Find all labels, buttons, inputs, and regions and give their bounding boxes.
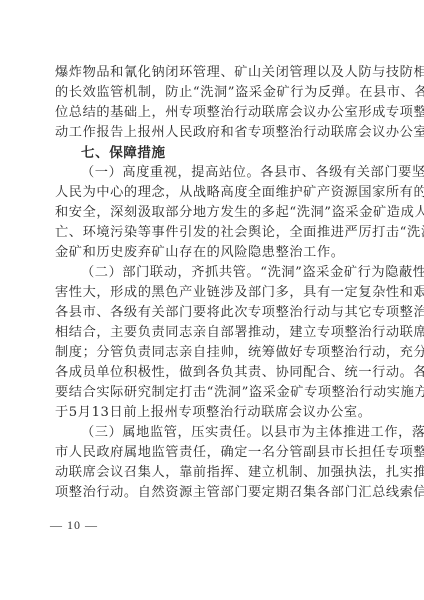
text-line: 各成员单位积极性，做到各负其责、协同配合、统一行动。各县市 bbox=[55, 363, 351, 383]
text-line: 动工作报告上报州人民政府和省专项整治行动联席会议办公室。 bbox=[55, 123, 351, 143]
text-line: 爆炸物品和氰化钠闭环管理、矿山关闭管理以及人防与技防相结合 bbox=[55, 63, 351, 83]
section-heading: 七、保障措施 bbox=[55, 143, 351, 163]
text-line: 人民为中心的理念，从战略高度全面维护矿产资源国家所有的权益 bbox=[55, 183, 351, 203]
subsection-line: （二）部门联动，齐抓共管。“洗洞”盗采金矿行为隐蔽性强、危 bbox=[55, 263, 351, 283]
subsection-line: （三）属地监管，压实责任。以县市为主体推进工作，落实县 bbox=[55, 423, 351, 443]
text-line: 市人民政府属地监管责任，确定一名分管副县市长担任专项整治行 bbox=[55, 443, 351, 463]
text-line: 害性大，形成的黑色产业链涉及部门多，具有一定复杂性和艰巨性。 bbox=[55, 283, 351, 303]
text-line: 项整治行动。自然资源主管部门要定期召集各部门汇总线索信息， bbox=[55, 483, 351, 503]
text-line: 金矿和历史废弃矿山存在的风险隐患整治工作。 bbox=[55, 243, 351, 263]
document-page: 爆炸物品和氰化钠闭环管理、矿山关闭管理以及人防与技防相结合 的长效监管机制，防止… bbox=[0, 0, 424, 600]
text-line: 的长效监管机制，防止“洗洞”盗采金矿行为反弹。在县市、各成员单 bbox=[55, 83, 351, 103]
text-line: 和安全，深刻汲取部分地方发生的多起“洗洞”盗采金矿造成人员死 bbox=[55, 203, 351, 223]
text-line: 动联席会议召集人，靠前指挥、建立机制、加强执法，扎实推进专 bbox=[55, 463, 351, 483]
text-line: 亡、环境污染等事件引发的社会舆论，全面推进严厉打击“洗洞”盗采 bbox=[55, 223, 351, 243]
text-line: 位总结的基础上，州专项整治行动联席会议办公室形成专项整治行 bbox=[55, 103, 351, 123]
body-text: 爆炸物品和氰化钠闭环管理、矿山关闭管理以及人防与技防相结合 的长效监管机制，防止… bbox=[55, 63, 351, 503]
text-line: 各县市、各级有关部门要将此次专项整治行动与其它专项整治工作 bbox=[55, 303, 351, 323]
text-line: 要结合实际研究制定打击“洗洞”盗采金矿专项整治行动实施方案，并 bbox=[55, 383, 351, 403]
text-line: 制度；分管负责同志亲自挂帅，统筹做好专项整治行动，充分调动 bbox=[55, 343, 351, 363]
text-line: 于5月13日前上报州专项整治行动联席会议办公室。 bbox=[55, 403, 351, 423]
text-line: 相结合，主要负责同志亲自部署推动，建立专项整治行动联席会议 bbox=[55, 323, 351, 343]
subsection-line: （一）高度重视，提高站位。各县市、各级有关部门要坚持以 bbox=[55, 163, 351, 183]
page-number: — 10 — bbox=[50, 518, 98, 533]
